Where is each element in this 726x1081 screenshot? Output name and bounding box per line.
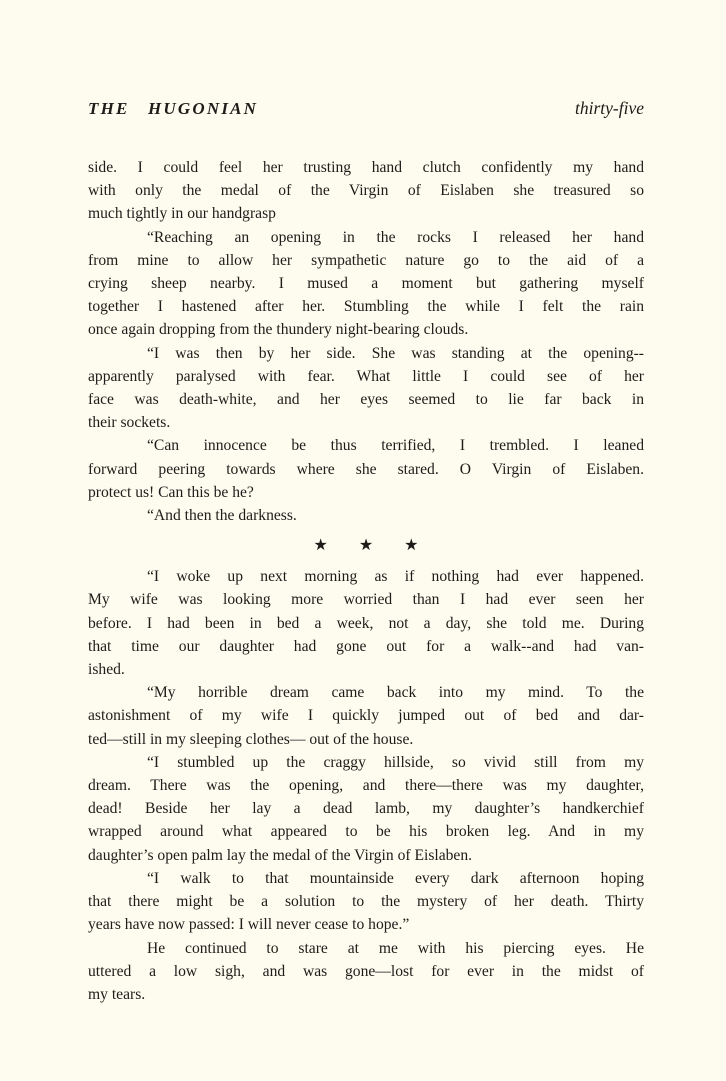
text-line: “I stumbled up the craggy hillside, so v… bbox=[88, 751, 644, 774]
page-header: THE HUGONIAN thirty-five bbox=[88, 98, 644, 119]
text-line: face was death-white, and her eyes seeme… bbox=[88, 388, 644, 411]
text-line: their sockets. bbox=[88, 411, 644, 434]
page-body: side. I could feel her trusting hand clu… bbox=[88, 156, 644, 1006]
text-line: uttered a low sigh, and was gone—lost fo… bbox=[88, 960, 644, 983]
text-line: dead! Beside her lay a dead lamb, my dau… bbox=[88, 797, 644, 820]
text-line: that time our daughter had gone out for … bbox=[88, 635, 644, 658]
text-line: crying sheep nearby. I mused a moment bu… bbox=[88, 272, 644, 295]
text-line: “And then the darkness. bbox=[88, 504, 644, 527]
text-line: side. I could feel her trusting hand clu… bbox=[88, 156, 644, 179]
text-line: apparently paralysed with fear. What lit… bbox=[88, 365, 644, 388]
text-line: wrapped around what appeared to be his b… bbox=[88, 820, 644, 843]
paragraph: “I was then by her side. She was standin… bbox=[88, 342, 644, 435]
text-line: “Reaching an opening in the rocks I rele… bbox=[88, 226, 644, 249]
text-line: my tears. bbox=[88, 983, 644, 1006]
text-line: protect us! Can this be he? bbox=[88, 481, 644, 504]
paragraph: “My horrible dream came back into my min… bbox=[88, 681, 644, 751]
text-line: “I woke up next morning as if nothing ha… bbox=[88, 565, 644, 588]
text-line: with only the medal of the Virgin of Eis… bbox=[88, 179, 644, 202]
text-line: daughter’s open palm lay the medal of th… bbox=[88, 844, 644, 867]
publication-title: THE HUGONIAN bbox=[88, 99, 258, 119]
text-line: “I was then by her side. She was standin… bbox=[88, 342, 644, 365]
paragraph: “Can innocence be thus terrified, I trem… bbox=[88, 434, 644, 504]
text-line: He continued to stare at me with his pie… bbox=[88, 937, 644, 960]
text-line: “I walk to that mountainside every dark … bbox=[88, 867, 644, 890]
text-line: together I hastened after her. Stumbling… bbox=[88, 295, 644, 318]
text-line: from mine to allow her sympathetic natur… bbox=[88, 249, 644, 272]
paragraph: “Reaching an opening in the rocks I rele… bbox=[88, 226, 644, 342]
star-glyph: ★ bbox=[404, 538, 418, 554]
text-line: much tightly in our handgrasp bbox=[88, 202, 644, 225]
text-line: that there might be a solution to the my… bbox=[88, 890, 644, 913]
paragraph: side. I could feel her trusting hand clu… bbox=[88, 156, 644, 226]
paragraph: “And then the darkness. bbox=[88, 504, 644, 527]
paragraph: “I walk to that mountainside every dark … bbox=[88, 867, 644, 937]
text-line: My wife was looking more worried than I … bbox=[88, 588, 644, 611]
paragraph: “I woke up next morning as if nothing ha… bbox=[88, 565, 644, 681]
text-line: “My horrible dream came back into my min… bbox=[88, 681, 644, 704]
text-line: before. I had been in bed a week, not a … bbox=[88, 612, 644, 635]
text-line: dream. There was the opening, and there—… bbox=[88, 774, 644, 797]
text-line: astonishment of my wife I quickly jumped… bbox=[88, 704, 644, 727]
magazine-page: THE HUGONIAN thirty-five side. I could f… bbox=[0, 0, 726, 1081]
section-break: ★★★ bbox=[88, 527, 644, 565]
paragraph: He continued to stare at me with his pie… bbox=[88, 937, 644, 1007]
page-number: thirty-five bbox=[575, 98, 644, 118]
text-line: ted—still in my sleeping clothes— out of… bbox=[88, 728, 644, 751]
star-glyph: ★ bbox=[313, 538, 327, 554]
text-line: forward peering towards where she stared… bbox=[88, 458, 644, 481]
text-line: “Can innocence be thus terrified, I trem… bbox=[88, 434, 644, 457]
paragraph: “I stumbled up the craggy hillside, so v… bbox=[88, 751, 644, 867]
text-line: once again dropping from the thundery ni… bbox=[88, 318, 644, 341]
text-line: ished. bbox=[88, 658, 644, 681]
star-glyph: ★ bbox=[359, 538, 373, 554]
text-line: years have now passed: I will never ceas… bbox=[88, 913, 644, 936]
